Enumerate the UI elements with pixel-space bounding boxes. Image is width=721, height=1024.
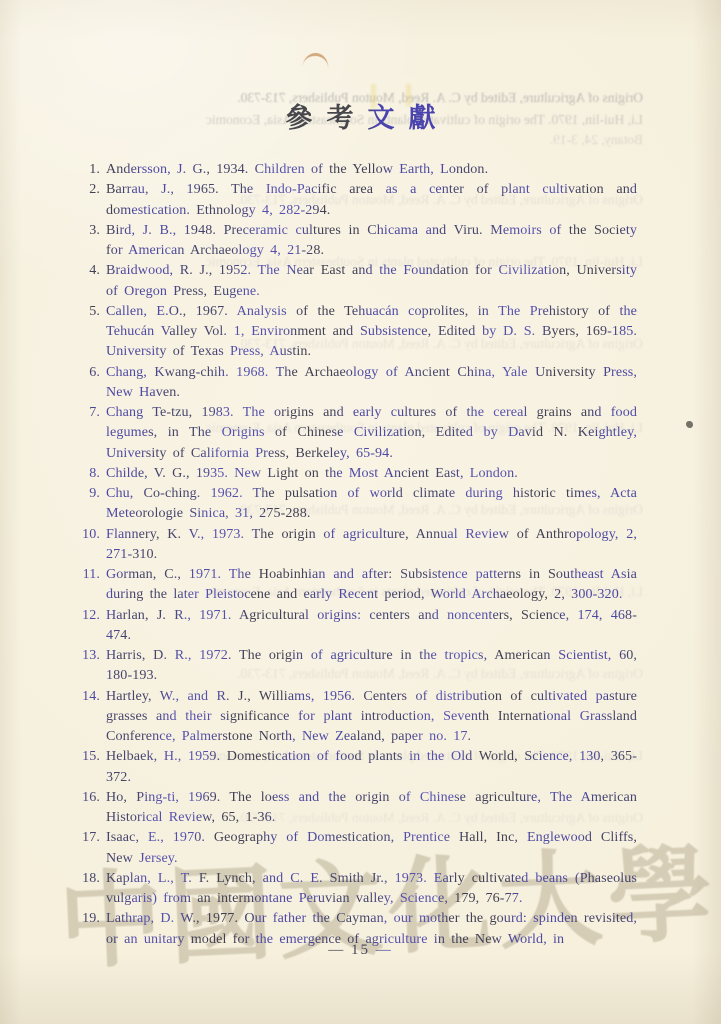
reference-item: 5.Callen, E.O., 1967. Analysis of the Te… bbox=[78, 301, 637, 362]
reference-text: Harris, D. R., 1972. The origin of agric… bbox=[106, 647, 637, 683]
reference-item: 10.Flannery, K. V., 1973. The origin of … bbox=[78, 524, 637, 565]
reference-item: 14.Hartley, W., and R. J., Williams, 195… bbox=[78, 686, 637, 747]
reference-number: 8. bbox=[78, 463, 100, 483]
reference-text: Chang Te-tzu, 1983. The origins and earl… bbox=[106, 404, 637, 461]
reference-item: 1.Andersson, J. G., 1934. Children of th… bbox=[78, 159, 637, 179]
reference-number: 19. bbox=[78, 908, 100, 928]
reference-number: 14. bbox=[78, 686, 100, 706]
reference-item: 7.Chang Te-tzu, 1983. The origins and ea… bbox=[78, 402, 637, 463]
reference-number: 15. bbox=[78, 746, 100, 766]
reference-item: 17.Isaac, E., 1970. Geography of Domesti… bbox=[78, 827, 637, 868]
reference-text: Harlan, J. R., 1971. Agricultural origin… bbox=[106, 607, 637, 643]
reference-text: Braidwood, R. J., 1952. The Near East an… bbox=[106, 262, 637, 298]
reference-list: 1.Andersson, J. G., 1934. Children of th… bbox=[78, 159, 637, 949]
reference-item: 15.Helbaek, H., 1959. Domestication of f… bbox=[78, 746, 637, 787]
reference-number: 10. bbox=[78, 524, 100, 544]
reference-item: 16.Ho, Ping-ti, 1969. The loess and the … bbox=[78, 787, 637, 828]
reference-number: 6. bbox=[78, 362, 100, 382]
reference-number: 11. bbox=[78, 564, 100, 584]
page-content: 參考文獻 1.Andersson, J. G., 1934. Children … bbox=[0, 0, 721, 1024]
reference-number: 4. bbox=[78, 260, 100, 280]
page-number-row: — 15 — bbox=[0, 941, 721, 959]
reference-number: 13. bbox=[78, 645, 100, 665]
reference-text: Andersson, J. G., 1934. Children of the … bbox=[106, 161, 488, 177]
reference-item: 13.Harris, D. R., 1972. The origin of ag… bbox=[78, 645, 637, 686]
reference-item: 9.Chu, Co-ching. 1962. The pulsation of … bbox=[78, 483, 637, 524]
reference-number: 16. bbox=[78, 787, 100, 807]
reference-text: Flannery, K. V., 1973. The origin of agr… bbox=[106, 526, 637, 562]
reference-number: 17. bbox=[78, 827, 100, 847]
reference-item: 6.Chang, Kwang-chih. 1968. The Archaeolo… bbox=[78, 362, 637, 403]
reference-text: Childe, V. G., 1935. New Light on the Mo… bbox=[106, 465, 518, 481]
reference-item: 4.Braidwood, R. J., 1952. The Near East … bbox=[78, 260, 637, 301]
reference-text: Gorman, C., 1971. The Hoabinhian and aft… bbox=[106, 566, 637, 602]
reference-text: Helbaek, H., 1959. Domestication of food… bbox=[106, 748, 637, 784]
reference-item: 3.Bird, J. B., 1948. Preceramic cultures… bbox=[78, 220, 637, 261]
reference-text: Chu, Co-ching. 1962. The pulsation of wo… bbox=[106, 485, 637, 521]
reference-text: Chang, Kwang-chih. 1968. The Archaeology… bbox=[106, 364, 637, 400]
page-title: 參考文獻 bbox=[285, 101, 449, 136]
page-number: — 15 — bbox=[328, 942, 393, 959]
reference-number: 7. bbox=[78, 402, 100, 422]
reference-item: 8.Childe, V. G., 1935. New Light on the … bbox=[78, 463, 637, 483]
reference-text: Barrau, J., 1965. The Indo-Pacific area … bbox=[106, 181, 637, 217]
reference-item: 11.Gorman, C., 1971. The Hoabinhian and … bbox=[78, 564, 637, 605]
reference-text: Kaplan, L., T. F. Lynch, and C. E. Smith… bbox=[106, 870, 637, 906]
scanned-document-page: Origins of Agriculture, Edited by C. A. … bbox=[0, 0, 721, 1024]
reference-number: 9. bbox=[78, 483, 100, 503]
reference-text: Isaac, E., 1970. Geography of Domesticat… bbox=[106, 829, 637, 865]
reference-item: 18.Kaplan, L., T. F. Lynch, and C. E. Sm… bbox=[78, 868, 637, 909]
title-row: 參考文獻 bbox=[0, 101, 721, 136]
reference-item: 12.Harlan, J. R., 1971. Agricultural ori… bbox=[78, 605, 637, 646]
reference-text: Ho, Ping-ti, 1969. The loess and the ori… bbox=[106, 789, 637, 825]
reference-number: 1. bbox=[78, 159, 100, 179]
reference-number: 3. bbox=[78, 220, 100, 240]
reference-number: 2. bbox=[78, 179, 100, 199]
reference-text: Hartley, W., and R. J., Williams, 1956. … bbox=[106, 688, 637, 745]
reference-item: 2.Barrau, J., 1965. The Indo-Pacific are… bbox=[78, 179, 637, 220]
reference-number: 5. bbox=[78, 301, 100, 321]
reference-text: Bird, J. B., 1948. Preceramic cultures i… bbox=[106, 222, 637, 258]
reference-number: 12. bbox=[78, 605, 100, 625]
reference-text: Callen, E.O., 1967. Analysis of the Tehu… bbox=[106, 303, 637, 360]
reference-number: 18. bbox=[78, 868, 100, 888]
